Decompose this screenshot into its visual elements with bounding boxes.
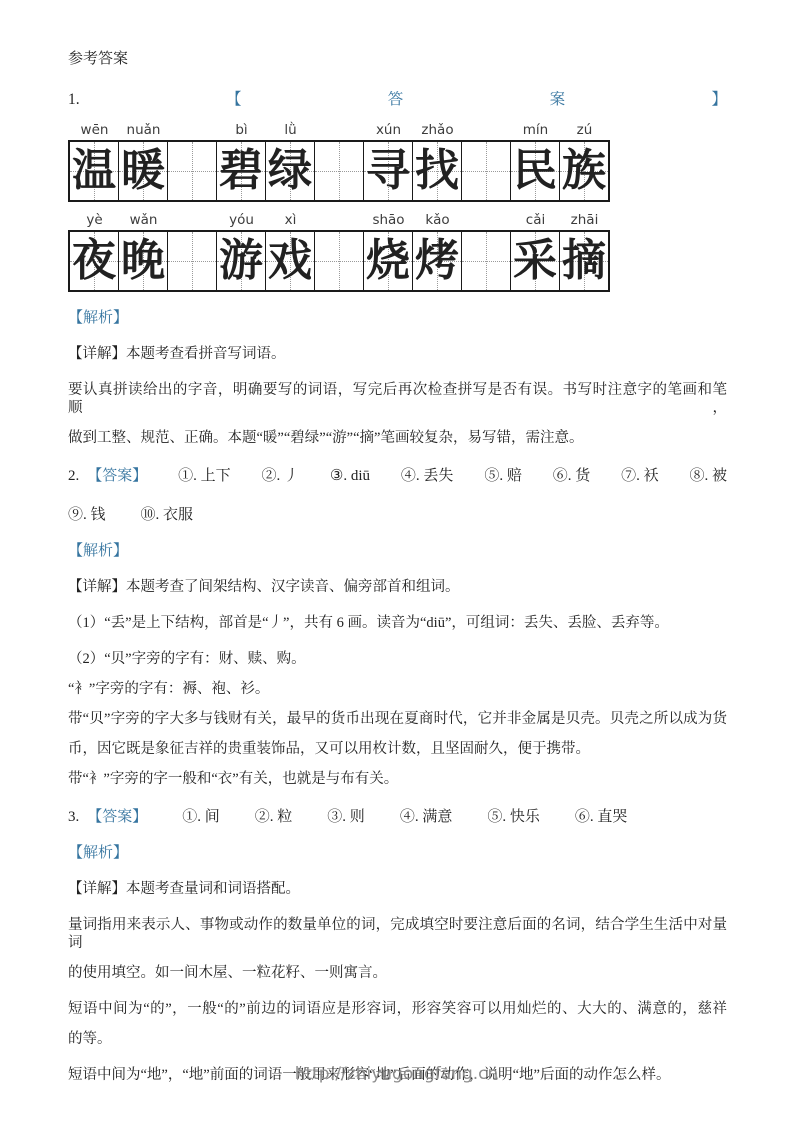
grid-cell: 游 xyxy=(217,232,266,290)
grid-cell-char: 戏 xyxy=(268,239,312,283)
q2-item: ⑧. 被 xyxy=(689,467,727,486)
detail-line: 【详解】本题考查看拼音写词语。 xyxy=(68,345,727,363)
grid-cell-char: 族 xyxy=(562,149,606,193)
q1-answer-bracket-close: 】 xyxy=(711,91,727,109)
q3-item: ②. 粒 xyxy=(255,808,293,827)
q3-answer-label-group: 3.【答案】 xyxy=(68,808,147,827)
q2-detail-lines: 【详解】本题考查了间架结构、汉字读音、偏旁部首和组词。（1）“丢”是上下结构，部… xyxy=(68,578,727,788)
pinyin-syllable: xún xyxy=(364,122,413,138)
grid-cell: 民 xyxy=(511,142,560,200)
q2-item: ⑦. 袄 xyxy=(621,467,659,486)
detail-line: “衤”字旁的字有：褥、袍、衫。 xyxy=(68,680,727,698)
page-title: 参考答案 xyxy=(68,50,727,68)
grid-cell-char: 民 xyxy=(513,149,557,193)
grid-cell: 找 xyxy=(413,142,462,200)
q2-item: ③. diū xyxy=(330,467,370,486)
pinyin-syllable: yóu xyxy=(217,212,266,228)
q2-answer-label-group: 2.【答案】 xyxy=(68,467,147,486)
q2-answer-label: 【答案】 xyxy=(87,467,147,486)
grid-cell: 烧 xyxy=(364,232,413,290)
grid-cell-char: 找 xyxy=(415,149,459,193)
grid-cell: 夜 xyxy=(70,232,119,290)
pinyin-syllable: lǜ xyxy=(266,122,315,138)
q1-number: 1. xyxy=(68,91,80,109)
pinyin-syllable xyxy=(168,212,217,228)
grid-cell-char: 暖 xyxy=(121,149,165,193)
q3-item: ⑥. 直哭 xyxy=(575,808,628,827)
q3-item: ①. 间 xyxy=(182,808,220,827)
grid-cell: 摘 xyxy=(560,232,608,290)
detail-line: 的使用填空。如一间木屋、一粒花籽、一则寓言。 xyxy=(68,964,727,982)
grid-cell: 采 xyxy=(511,232,560,290)
pinyin-syllable xyxy=(315,122,364,138)
detail-line: 短语中间为“的”，一般“的”前边的词语应是形容词，形容笑容可以用灿烂的、大大的、… xyxy=(68,1000,727,1018)
pinyin-syllable xyxy=(315,212,364,228)
pinyin-syllable: xì xyxy=(266,212,315,228)
pinyin-syllable: wǎn xyxy=(119,212,168,228)
q2-answer-line-1: 2.【答案】①. 上下②. 丿③. diū④. 丢失⑤. 赔⑥. 货⑦. 袄⑧.… xyxy=(68,467,727,486)
pinyin-syllable xyxy=(462,212,511,228)
q1-answer-header: 1. 【 答 案 】 xyxy=(68,91,727,109)
grid-cell-char: 摘 xyxy=(562,239,606,283)
pinyin-syllable: nuǎn xyxy=(119,122,168,138)
pinyin-syllable: zhǎo xyxy=(413,122,462,138)
grid-cell xyxy=(315,142,364,200)
pinyin-row-1: wēnnuǎnbìlǜxúnzhǎomínzú xyxy=(68,122,727,138)
grid-cell-char: 温 xyxy=(72,149,116,193)
q2-item: ⑩. 衣服 xyxy=(141,506,194,525)
q3-answer-line: 3.【答案】①. 间②. 粒③. 则④. 满意⑤. 快乐⑥. 直哭 xyxy=(68,808,727,827)
q2-item: ⑥. 货 xyxy=(553,467,591,486)
grid-cell xyxy=(462,232,511,290)
q3-analysis-label: 【解析】 xyxy=(68,844,727,862)
q1-analysis-label: 【解析】 xyxy=(68,309,727,327)
grid-cell: 寻 xyxy=(364,142,413,200)
grid-cell xyxy=(168,142,217,200)
answer-key-page: 参考答案 1. 【 答 案 】 wēnnuǎnbìlǜxúnzhǎomínzú … xyxy=(0,0,793,1084)
pinyin-syllable xyxy=(168,122,217,138)
grid-cell: 晚 xyxy=(119,232,168,290)
q2-item: ④. 丢失 xyxy=(401,467,454,486)
grid-cell-char: 采 xyxy=(513,239,557,283)
grid-cell-char: 烧 xyxy=(366,239,410,283)
q2-analysis-label: 【解析】 xyxy=(68,542,727,560)
grid-cell-char: 夜 xyxy=(72,239,116,283)
q3-number: 3. xyxy=(68,808,79,827)
pinyin-syllable: cǎi xyxy=(511,212,560,228)
q3-item: ③. 则 xyxy=(327,808,365,827)
grid-cell: 温 xyxy=(70,142,119,200)
pinyin-syllable: shāo xyxy=(364,212,413,228)
pinyin-syllable: zú xyxy=(560,122,609,138)
pinyin-syllable: wēn xyxy=(70,122,119,138)
grid-cell-char: 晚 xyxy=(121,239,165,283)
q1-answer-char-an: 案 xyxy=(550,91,566,109)
detail-line: 做到工整、规范、正确。本题“暖”“碧绿”“游”“摘”笔画较复杂，易写错，需注意。 xyxy=(68,429,727,447)
grid-cell: 烤 xyxy=(413,232,462,290)
q1-answer-bracket-open: 【 xyxy=(226,91,242,109)
grid-cell: 绿 xyxy=(266,142,315,200)
grid-cell-char: 碧 xyxy=(219,149,263,193)
grid-cell xyxy=(462,142,511,200)
q3-answer-label: 【答案】 xyxy=(87,808,147,827)
detail-line: （2）“贝”字旁的字有：财、赎、购。 xyxy=(68,650,727,668)
footer-url: http://zhiyugongfang.cn xyxy=(0,1064,793,1084)
q2-number: 2. xyxy=(68,467,79,486)
grid-cell: 暖 xyxy=(119,142,168,200)
detail-line: （1）“丢”是上下结构，部首是“丿”，共有 6 画。读音为“diū”，可组词：丢… xyxy=(68,614,727,632)
grid-cell-char: 烤 xyxy=(415,239,459,283)
grid-cell xyxy=(168,232,217,290)
grid-cell-char: 绿 xyxy=(268,149,312,193)
grid-cell-char: 寻 xyxy=(366,149,410,193)
q1-answer-char-da: 答 xyxy=(388,91,404,109)
pinyin-syllable: yè xyxy=(70,212,119,228)
detail-line: 【详解】本题考查了间架结构、汉字读音、偏旁部首和组词。 xyxy=(68,578,727,596)
detail-line: 币，因它既是象征吉祥的贵重装饰品，又可以用枚计数，且坚固耐久，便于携带。 xyxy=(68,740,727,758)
pinyin-syllable: kǎo xyxy=(413,212,462,228)
q2-answer-line-2: ⑨. 钱⑩. 衣服 xyxy=(68,506,727,525)
grid-cell: 戏 xyxy=(266,232,315,290)
pinyin-syllable xyxy=(462,122,511,138)
detail-line: 要认真拼读给出的字音，明确要写的词语，写完后再次检查拼写是否有误。书写时注意字的… xyxy=(68,381,727,417)
q3-item: ④. 满意 xyxy=(400,808,453,827)
pinyin-syllable: bì xyxy=(217,122,266,138)
detail-line: 带“衤”字旁的字一般和“衣”有关，也就是与布有关。 xyxy=(68,770,727,788)
grid-cell-char: 游 xyxy=(219,239,263,283)
q2-item: ②. 丿 xyxy=(262,467,300,486)
detail-line: 【详解】本题考查量词和词语搭配。 xyxy=(68,880,727,898)
q3-detail-lines: 【详解】本题考查量词和词语搭配。量词指用来表示人、事物或动作的数量单位的词，完成… xyxy=(68,880,727,1084)
writing-grid-row-2: 夜晚游戏烧烤采摘 xyxy=(68,230,610,292)
grid-cell: 族 xyxy=(560,142,608,200)
detail-line: 带“贝”字旁的字大多与钱财有关，最早的货币出现在夏商时代，它并非金属是贝壳。贝壳… xyxy=(68,710,727,728)
detail-line: 的等。 xyxy=(68,1030,727,1048)
q2-item: ⑨. 钱 xyxy=(68,506,106,525)
q2-item: ⑤. 赔 xyxy=(484,467,522,486)
q1-detail-lines: 【详解】本题考查看拼音写词语。要认真拼读给出的字音，明确要写的词语，写完后再次检… xyxy=(68,345,727,447)
detail-line: 量词指用来表示人、事物或动作的数量单位的词，完成填空时要注意后面的名词，结合学生… xyxy=(68,916,727,952)
writing-grid-row-1: 温暖碧绿寻找民族 xyxy=(68,140,610,202)
q2-item: ①. 上下 xyxy=(178,467,231,486)
pinyin-row-2: yèwǎnyóuxìshāokǎocǎizhāi xyxy=(68,212,727,228)
grid-cell: 碧 xyxy=(217,142,266,200)
pinyin-syllable: mín xyxy=(511,122,560,138)
pinyin-syllable: zhāi xyxy=(560,212,609,228)
grid-cell xyxy=(315,232,364,290)
q3-item: ⑤. 快乐 xyxy=(487,808,540,827)
